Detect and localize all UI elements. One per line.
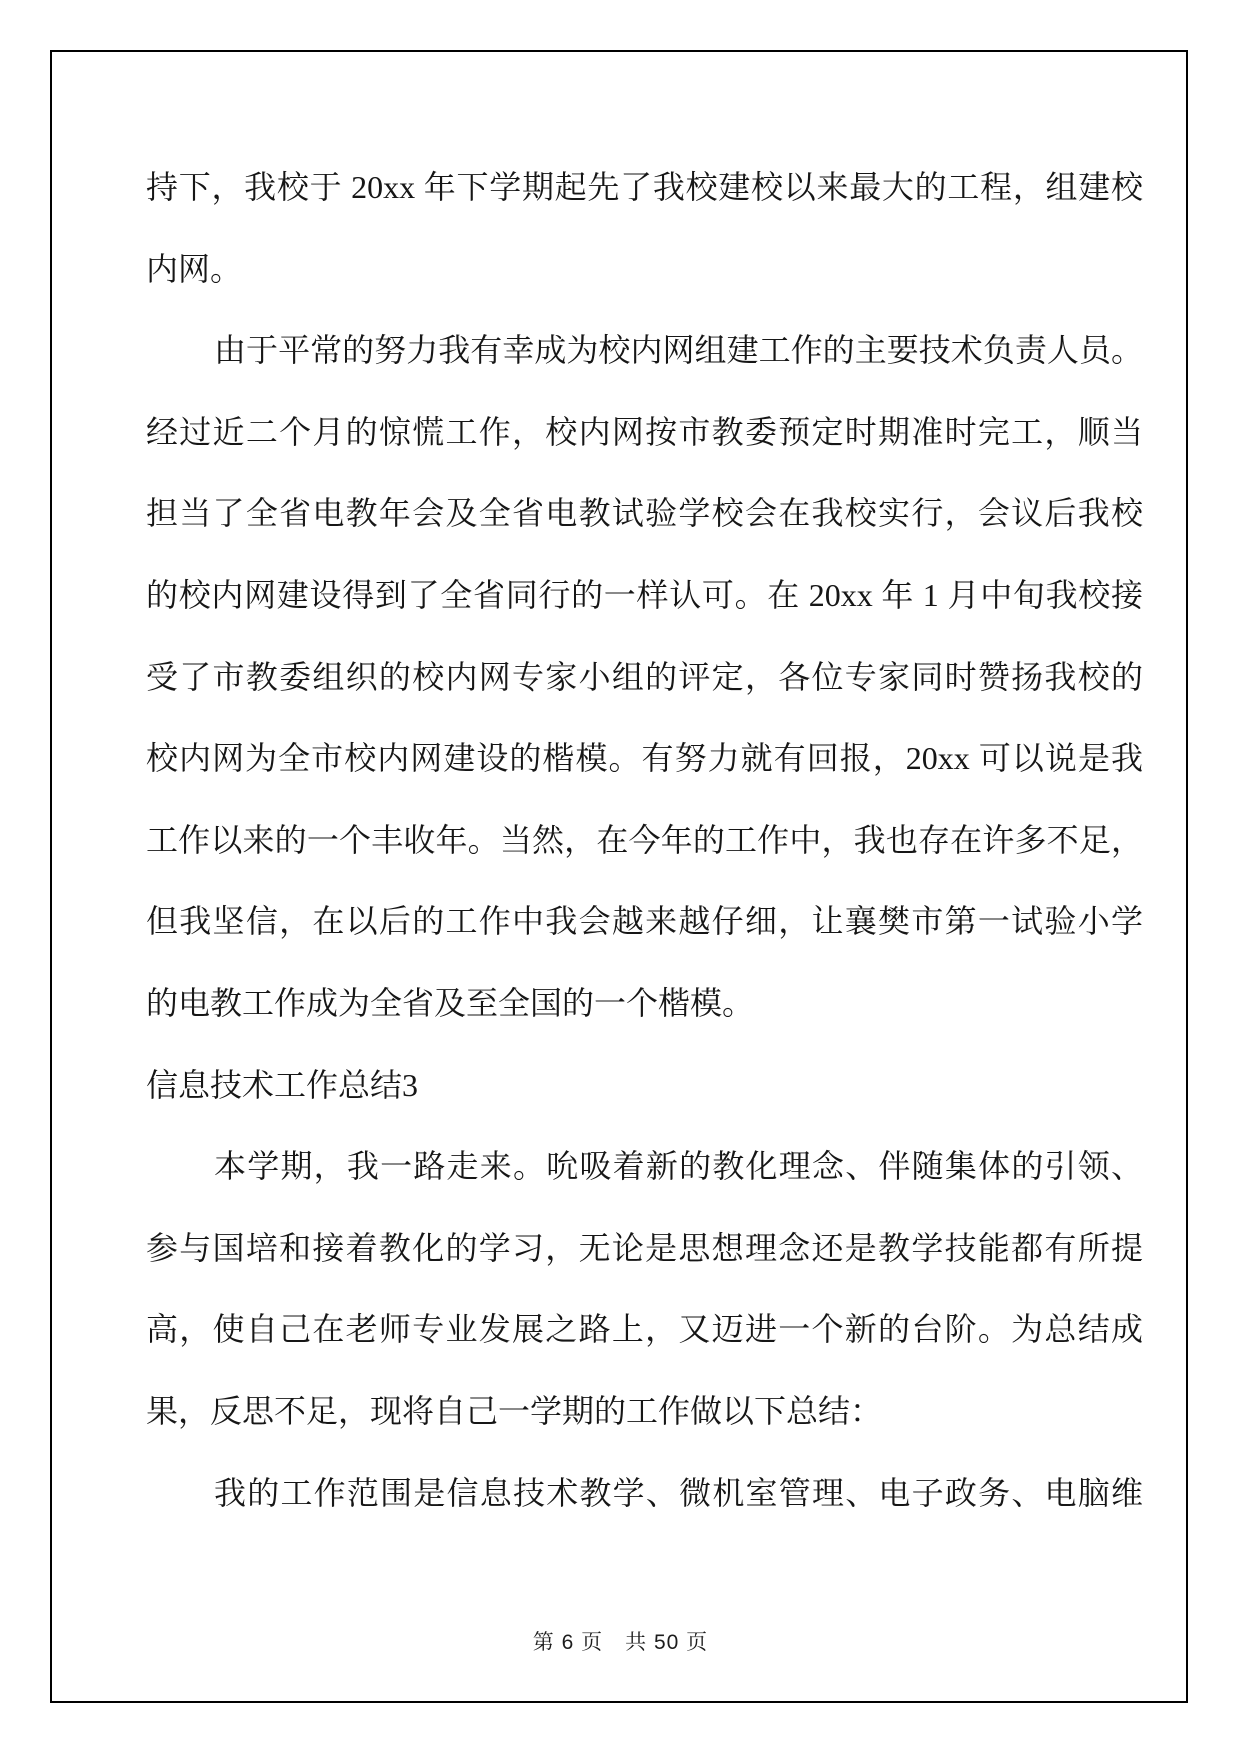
section-heading: 信息技术工作总结3 [146,1045,1143,1127]
text-line: 的校内网建设得到了全省同行的一样认可。在 20xx 年 1 月中旬我校接 [146,555,1143,637]
paragraph: 由于平常的努力我有幸成为校内网组建工作的主要技术负责人员。 经过近二个月的惊慌工… [146,310,1143,1044]
text-line: 担当了全省电教年会及全省电教试验学校会在我校实行，会议后我校 [146,473,1143,555]
text-line: 持下，我校于 20xx 年下学期起先了我校建校以来最大的工程，组建校 [146,147,1143,229]
text-line: 内网。 [146,229,1143,311]
text-line: 受了市教委组织的校内网专家小组的评定，各位专家同时赞扬我校的 [146,637,1143,719]
text-line: 的电教工作成为全省及至全国的一个楷模。 [146,963,1143,1045]
text-line: 高，使自己在老师专业发展之路上，又迈进一个新的台阶。为总结成 [146,1289,1143,1371]
page-number-label: 第 6 页 共 50 页 [533,1631,708,1654]
text-line: 工作以来的一个丰收年。当然，在今年的工作中，我也存在许多不足， [146,800,1143,882]
text-line: 由于平常的努力我有幸成为校内网组建工作的主要技术负责人员。 [146,310,1143,392]
document-page: 持下，我校于 20xx 年下学期起先了我校建校以来最大的工程，组建校 内网。 由… [0,0,1241,1754]
text-line: 参与国培和接着教化的学习，无论是思想理念还是教学技能都有所提 [146,1208,1143,1290]
paragraph: 我的工作范围是信息技术教学、微机室管理、电子政务、电脑维 [146,1453,1143,1535]
text-line: 但我坚信，在以后的工作中我会越来越仔细，让襄樊市第一试验小学 [146,881,1143,963]
text-line: 校内网为全市校内网建设的楷模。有努力就有回报，20xx 可以说是我 [146,718,1143,800]
text-line: 本学期，我一路走来。吮吸着新的教化理念、伴随集体的引领、 [146,1126,1143,1208]
section-heading-text: 信息技术工作总结3 [146,1045,1143,1127]
text-line: 经过近二个月的惊慌工作，校内网按市教委预定时期准时完工，顺当 [146,392,1143,474]
paragraph: 持下，我校于 20xx 年下学期起先了我校建校以来最大的工程，组建校 内网。 [146,147,1143,310]
page-footer: 第 6 页 共 50 页 [0,1626,1241,1656]
text-line: 果，反思不足，现将自己一学期的工作做以下总结： [146,1371,1143,1453]
paragraph: 本学期，我一路走来。吮吸着新的教化理念、伴随集体的引领、 参与国培和接着教化的学… [146,1126,1143,1452]
text-line: 我的工作范围是信息技术教学、微机室管理、电子政务、电脑维 [146,1453,1143,1535]
document-body: 持下，我校于 20xx 年下学期起先了我校建校以来最大的工程，组建校 内网。 由… [146,147,1143,1534]
